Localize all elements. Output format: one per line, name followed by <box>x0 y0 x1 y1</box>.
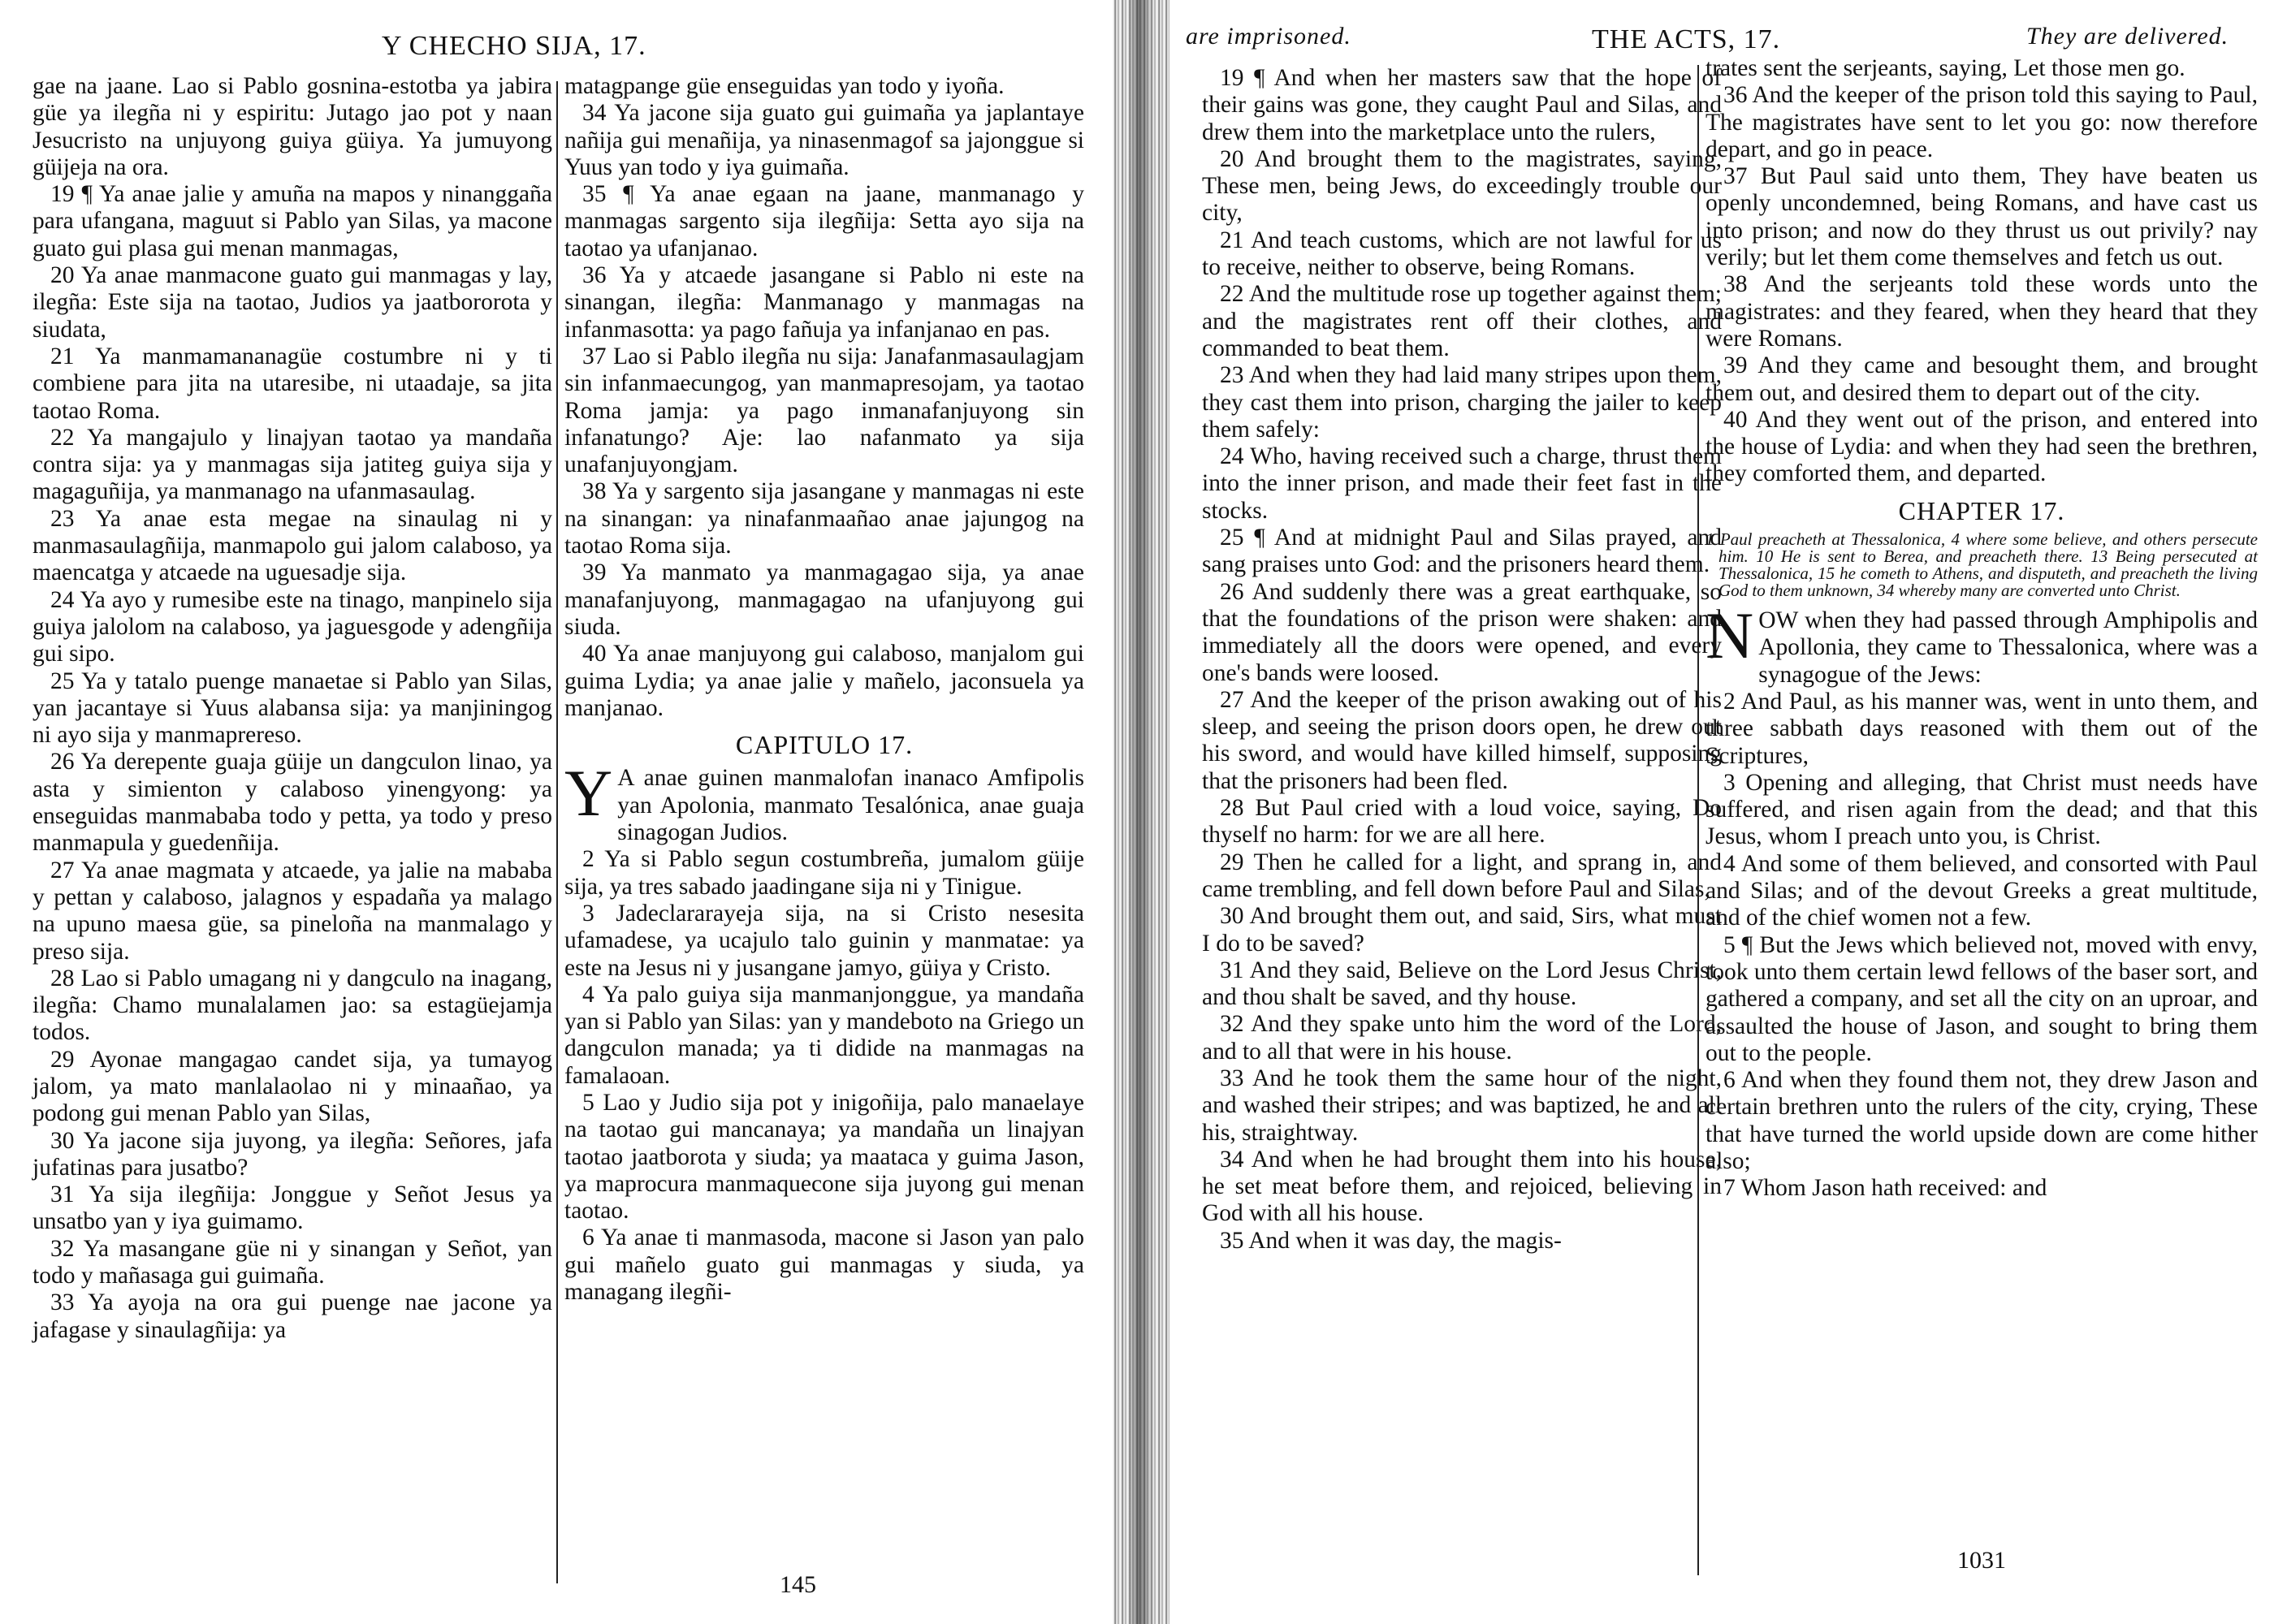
verse: 4 And some of them believed, and consort… <box>1705 851 2258 932</box>
verse-continuation: matagpange güe enseguidas yan todo y iyo… <box>564 73 1084 100</box>
verse: 4 Ya palo guiya sija manmanjonggue, ya m… <box>564 982 1084 1090</box>
verse: 25 Ya y tatalo puenge manaetae si Pablo … <box>32 668 552 749</box>
verse-continuation: gae na jaane. Lao si Pablo gosnina-estot… <box>32 73 552 181</box>
verse: 22 And the multitude rose up together ag… <box>1202 281 1722 362</box>
text-column-1: gae na jaane. Lao si Pablo gosnina-estot… <box>32 73 552 1344</box>
chapter-opening-verse: NOW when they had passed through Amphipo… <box>1705 607 2258 689</box>
verse-continuation: trates sent the serjeants, saying, Let t… <box>1705 55 2258 82</box>
verse: 34 Ya jacone sija guato gui guimaña ya j… <box>564 100 1084 181</box>
running-head-left: are imprisoned. <box>1186 23 1351 50</box>
verse: 2 And Paul, as his manner was, went in u… <box>1705 689 2258 770</box>
running-head: Y CHECHO SIJA, 17. <box>382 31 646 62</box>
verse: 40 Ya anae manjuyong gui calaboso, manja… <box>564 641 1084 722</box>
verse: 30 And brought them out, and said, Sirs,… <box>1202 903 1722 957</box>
verse: 24 Ya ayo y rumesibe este na tinago, man… <box>32 587 552 668</box>
gutter-shadow <box>1127 0 1152 1624</box>
verse: 26 And suddenly there was a great earthq… <box>1202 579 1722 687</box>
verse: 28 But Paul cried with a loud voice, say… <box>1202 795 1722 849</box>
drop-cap: N <box>1705 609 1753 663</box>
verse: 20 Ya anae manmacone guato gui manmagas … <box>32 262 552 343</box>
right-page-english: are imprisoned. THE ACTS, 17. They are d… <box>1169 0 2274 1624</box>
verse-text: A anae guinen manmalofan inanaco Amfipol… <box>617 765 1084 845</box>
verse: 5 Lao y Judio sija pot y inigoñija, palo… <box>564 1090 1084 1224</box>
verse: 35 And when it was day, the magis- <box>1202 1228 1722 1255</box>
verse: 32 Ya masangane güe ni y sinangan y Seño… <box>32 1236 552 1290</box>
verse: 29 Ayonae mangagao candet sija, ya tumay… <box>32 1047 552 1128</box>
verse: 39 Ya manmato ya manmagagao sija, ya ana… <box>564 559 1084 641</box>
verse: 25 ¶ And at midnight Paul and Silas pray… <box>1202 525 1722 579</box>
verse: 33 And he took them the same hour of the… <box>1202 1065 1722 1147</box>
chapter-heading: CAPITULO 17. <box>564 732 1084 758</box>
column-divider <box>556 81 558 1583</box>
verse: 3 Opening and alleging, that Christ must… <box>1705 770 2258 851</box>
verse: 23 And when they had laid many stripes u… <box>1202 362 1722 443</box>
verse: 38 And the serjeants told these words un… <box>1705 271 2258 352</box>
verse: 31 And they said, Believe on the Lord Je… <box>1202 957 1722 1012</box>
verse: 39 And they came and besought them, and … <box>1705 352 2258 407</box>
verse: 24 Who, having received such a charge, t… <box>1202 443 1722 525</box>
left-page-chamorro: Y CHECHO SIJA, 17. gae na jaane. Lao si … <box>0 0 1113 1624</box>
verse: 30 Ya jacone sija juyong, ya ilegña: Señ… <box>32 1128 552 1182</box>
verse: 29 Then he called for a light, and spran… <box>1202 849 1722 904</box>
page-number: 1031 <box>1957 1547 2006 1574</box>
book-gutter <box>1113 0 1169 1624</box>
verse: 6 And when they found them not, they dre… <box>1705 1067 2258 1175</box>
verse: 35 ¶ Ya anae egaan na jaane, manmanago y… <box>564 181 1084 262</box>
running-head-center: THE ACTS, 17. <box>1592 24 1780 55</box>
verse: 27 And the keeper of the prison awaking … <box>1202 687 1722 795</box>
verse: 19 ¶ And when her masters saw that the h… <box>1202 65 1722 146</box>
verse: 36 Ya y atcaede jasangane si Pablo ni es… <box>564 262 1084 343</box>
running-head-right: They are delivered. <box>2026 23 2229 50</box>
verse: 2 Ya si Pablo segun costumbreña, jumalom… <box>564 846 1084 901</box>
verse: 27 Ya anae magmata y atcaede, ya jalie n… <box>32 857 552 965</box>
verse: 37 But Paul said unto them, They have be… <box>1705 163 2258 271</box>
verse: 33 Ya ayoja na ora gui puenge nae jacone… <box>32 1289 552 1344</box>
verse: 28 Lao si Pablo umagang ni y dangculo na… <box>32 965 552 1047</box>
verse-text: OW when they had passed through Amphipol… <box>1758 607 2258 688</box>
chapter-summary: 1 Paul preacheth at Thessalonica, 4 wher… <box>1705 531 2258 599</box>
verse: 23 Ya anae esta megae na sinaulag ni y m… <box>32 506 552 587</box>
verse: 38 Ya y sargento sija jasangane y manmag… <box>564 478 1084 559</box>
verse: 32 And they spake unto him the word of t… <box>1202 1011 1722 1065</box>
text-column-2: matagpange güe enseguidas yan todo y iyo… <box>564 73 1084 1306</box>
verse: 5 ¶ But the Jews which believed not, mov… <box>1705 932 2258 1067</box>
verse: 3 Jadeclararayeja sija, na si Cristo nes… <box>564 901 1084 982</box>
verse: 34 And when he had brought them into his… <box>1202 1147 1722 1228</box>
verse: 19 ¶ Ya anae jalie y amuña na mapos y ni… <box>32 181 552 262</box>
verse: 21 Ya manmamananagüe costumbre ni y ti c… <box>32 343 552 425</box>
verse: 21 And teach customs, which are not lawf… <box>1202 227 1722 282</box>
verse: 6 Ya anae ti manmasoda, macone si Jason … <box>564 1224 1084 1306</box>
verse: 22 Ya mangajulo y linajyan taotao ya man… <box>32 425 552 506</box>
verse: 40 And they went out of the prison, and … <box>1705 407 2258 488</box>
chapter-opening-verse: YA anae guinen manmalofan inanaco Amfipo… <box>564 765 1084 846</box>
verse: 20 And brought them to the magistrates, … <box>1202 146 1722 227</box>
verse: 7 Whom Jason hath received: and <box>1705 1175 2258 1202</box>
verse: 26 Ya derepente guaja güije un dangculon… <box>32 749 552 857</box>
verse: 31 Ya sija ilegñija: Jonggue y Señot Jes… <box>32 1181 552 1236</box>
chapter-heading: CHAPTER 17. <box>1705 498 2258 525</box>
text-column-1: 19 ¶ And when her masters saw that the h… <box>1202 65 1722 1255</box>
text-column-2: trates sent the serjeants, saying, Let t… <box>1705 55 2258 1203</box>
verse: 36 And the keeper of the prison told thi… <box>1705 82 2258 163</box>
column-divider <box>1697 65 1699 1575</box>
verse: 37 Lao si Pablo ilegña nu sija: Janafanm… <box>564 343 1084 478</box>
page-number: 145 <box>780 1571 816 1599</box>
drop-cap: Y <box>564 767 612 820</box>
